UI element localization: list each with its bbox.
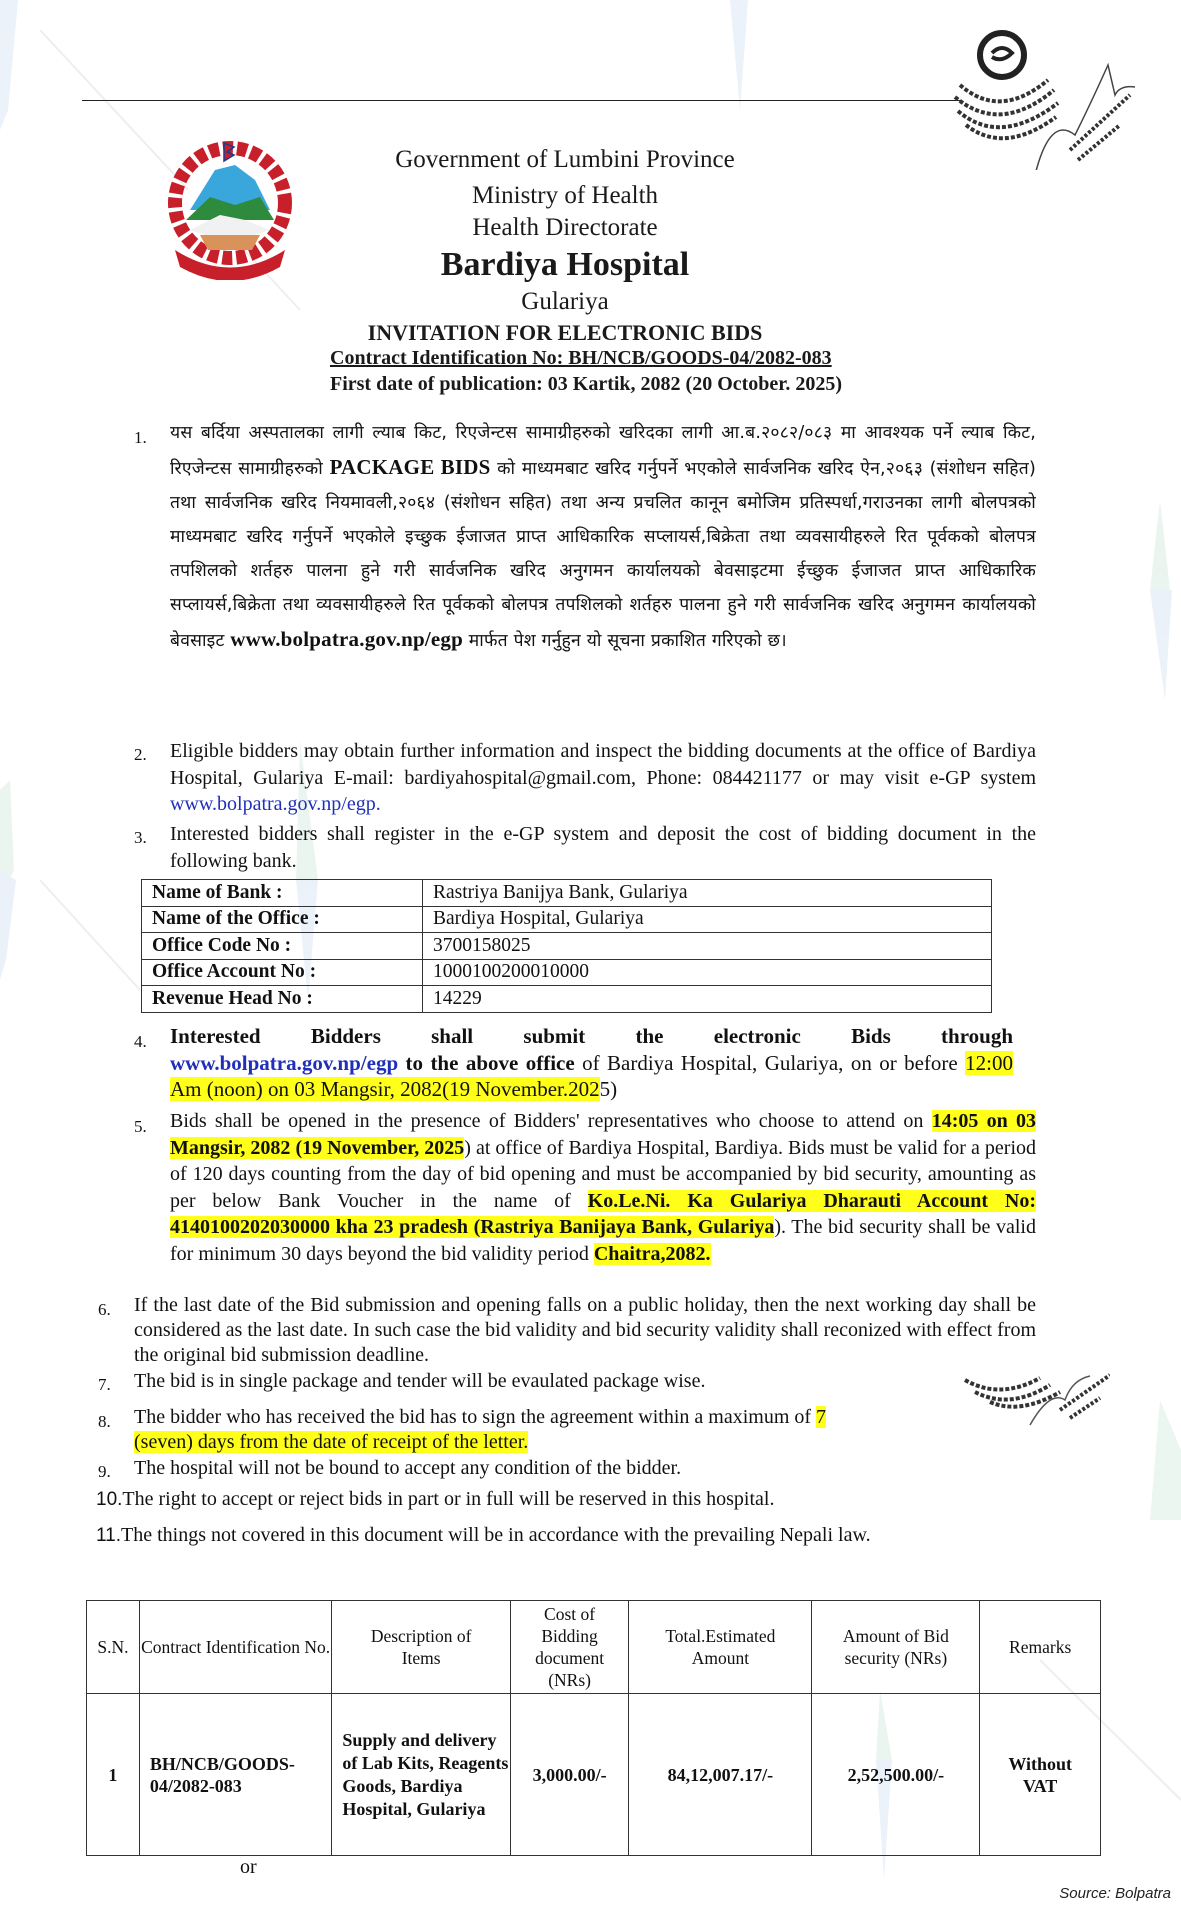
item-2-text: Eligible bidders may obtain further info… [170,740,1036,789]
bank-value: Bardiya Hospital, Gulariya [423,906,992,933]
government-name: Government of Lumbini Province [330,146,800,174]
item-number: 11. [96,1525,121,1546]
bank-label: Office Account No : [142,959,423,986]
item-11-paragraph: 11.The things not covered in this docume… [96,1522,1096,1550]
notice-title: INVITATION FOR ELECTRONIC BIDS [330,320,800,346]
item-number: 5. [134,1117,147,1137]
item-number: 1. [134,428,147,448]
source-caption: Source: Bolpatra [1059,1885,1171,1902]
egp-link[interactable]: www.bolpatra.gov.np/egp. [170,793,381,815]
table-row: 1 BH/NCB/GOODS-04/2082-083 Supply and de… [87,1694,1101,1856]
agreement-days: 7 [816,1406,826,1428]
item-9-paragraph: The hospital will not be bound to accept… [134,1455,1036,1482]
item-5-text: Bids shall be opened in the presence of … [170,1110,932,1132]
description-cell: Supply and delivery of Lab Kits, Reagent… [332,1694,510,1856]
bank-value: 1000100200010000 [423,959,992,986]
item-number: 6. [98,1300,111,1320]
item-5-paragraph: Bids shall be opened in the presence of … [170,1108,1036,1267]
egp-link[interactable]: www.bolpatra.gov.np/egp [170,1051,398,1075]
item-number: 10. [96,1489,122,1510]
item-4-paragraph: Interested Bidders shall submit the elec… [170,1023,1013,1103]
nepal-emblem-icon [160,135,300,280]
column-header: Remarks [980,1601,1101,1694]
item-number: 2. [134,745,147,765]
item-8-text: The bidder who has received the bid has … [134,1406,816,1428]
table-row: Office Account No :1000100200010000 [142,959,992,986]
bank-label: Name of the Office : [142,906,423,933]
item-number: 4. [134,1032,147,1052]
hospital-name: Bardiya Hospital [330,246,800,284]
item-1-text: को माध्यमबाट खरिद गर्नुपर्ने भएकोले सार्… [170,459,1036,651]
directorate-name: Health Directorate [330,214,800,242]
egp-link[interactable]: www.bolpatra.gov.np/egp [230,627,463,651]
item-number: 7. [98,1375,111,1395]
table-row: Revenue Head No :14229 [142,986,992,1013]
bank-value: 14229 [423,986,992,1013]
ministry-name: Ministry of Health [330,182,800,210]
bid-validity-period: Chaitra,2082. [594,1243,711,1265]
or-text: or [240,1856,257,1879]
item-8-paragraph: The bidder who has received the bid has … [134,1405,934,1455]
bank-value: Rastriya Banijya Bank, Gulariya [423,880,992,907]
item-3-paragraph: Interested bidders shall register in the… [170,821,1036,874]
item-4-text: of Bardiya Hospital, Gulariya, on or bef… [575,1051,965,1075]
item-number: 3. [134,828,147,848]
item-4-text: to the above office [398,1051,575,1075]
column-header: Cost of Bidding document (NRs) [510,1601,628,1694]
table-row: Name of the Office :Bardiya Hospital, Gu… [142,906,992,933]
column-header: Contract Identification No. [139,1601,332,1694]
official-stamp-signature-icon [940,25,1140,170]
contract-id-cell: BH/NCB/GOODS-04/2082-083 [139,1694,332,1856]
agreement-days: (seven) days from the date of receipt of… [134,1431,528,1453]
item-number: 9. [98,1462,111,1482]
item-11-text: The things not covered in this document … [121,1524,871,1546]
item-6-paragraph: If the last date of the Bid submission a… [134,1293,1036,1368]
bank-label: Revenue Head No : [142,986,423,1013]
table-row: Office Code No :3700158025 [142,933,992,960]
bid-security-cell: 2,52,500.00/- [812,1694,980,1856]
estimated-amount-cell: 84,12,007.17/- [629,1694,812,1856]
item-2-paragraph: Eligible bidders may obtain further info… [170,738,1036,818]
column-header: Description of Items [332,1601,510,1694]
header-rule [82,100,962,101]
bidding-document-cost-cell: 3,000.00/- [510,1694,628,1856]
item-7-paragraph: The bid is in single package and tender … [134,1368,1036,1395]
bank-label: Office Code No : [142,933,423,960]
table-row: Name of Bank :Rastriya Banijya Bank, Gul… [142,880,992,907]
item-number: 8. [98,1412,111,1432]
remarks-cell: Without VAT [980,1694,1101,1856]
item-10-paragraph: 10.The right to accept or reject bids in… [96,1486,1036,1514]
item-1-text: मार्फत पेश गर्नुहुन यो सूचना प्रकाशित गर… [463,631,787,651]
bid-details-table: S.N. Contract Identification No. Descrip… [86,1600,1101,1856]
table-header-row: S.N. Contract Identification No. Descrip… [87,1601,1101,1694]
item-10-text: The right to accept or reject bids in pa… [122,1488,774,1510]
column-header: S.N. [87,1601,140,1694]
column-header: Total.Estimated Amount [629,1601,812,1694]
publication-date: First date of publication: 03 Kartik, 20… [330,373,800,396]
contract-identification: Contract Identification No: BH/NCB/GOODS… [330,347,800,370]
item-4-text: Interested Bidders shall submit the elec… [170,1023,1013,1050]
bank-value: 3700158025 [423,933,992,960]
hospital-location: Gulariya [330,288,800,316]
column-header: Amount of Bid security (NRs) [812,1601,980,1694]
item-1-nepali-paragraph: यस बर्दिया अस्पतालका लागी ल्याब किट, रिए… [170,416,1036,658]
bank-label: Name of Bank : [142,880,423,907]
item-4-text: 5) [600,1077,618,1101]
bank-details-table: Name of Bank :Rastriya Banijya Bank, Gul… [141,879,992,1013]
serial-number-cell: 1 [87,1694,140,1856]
package-bids-label: PACKAGE BIDS [330,455,491,479]
